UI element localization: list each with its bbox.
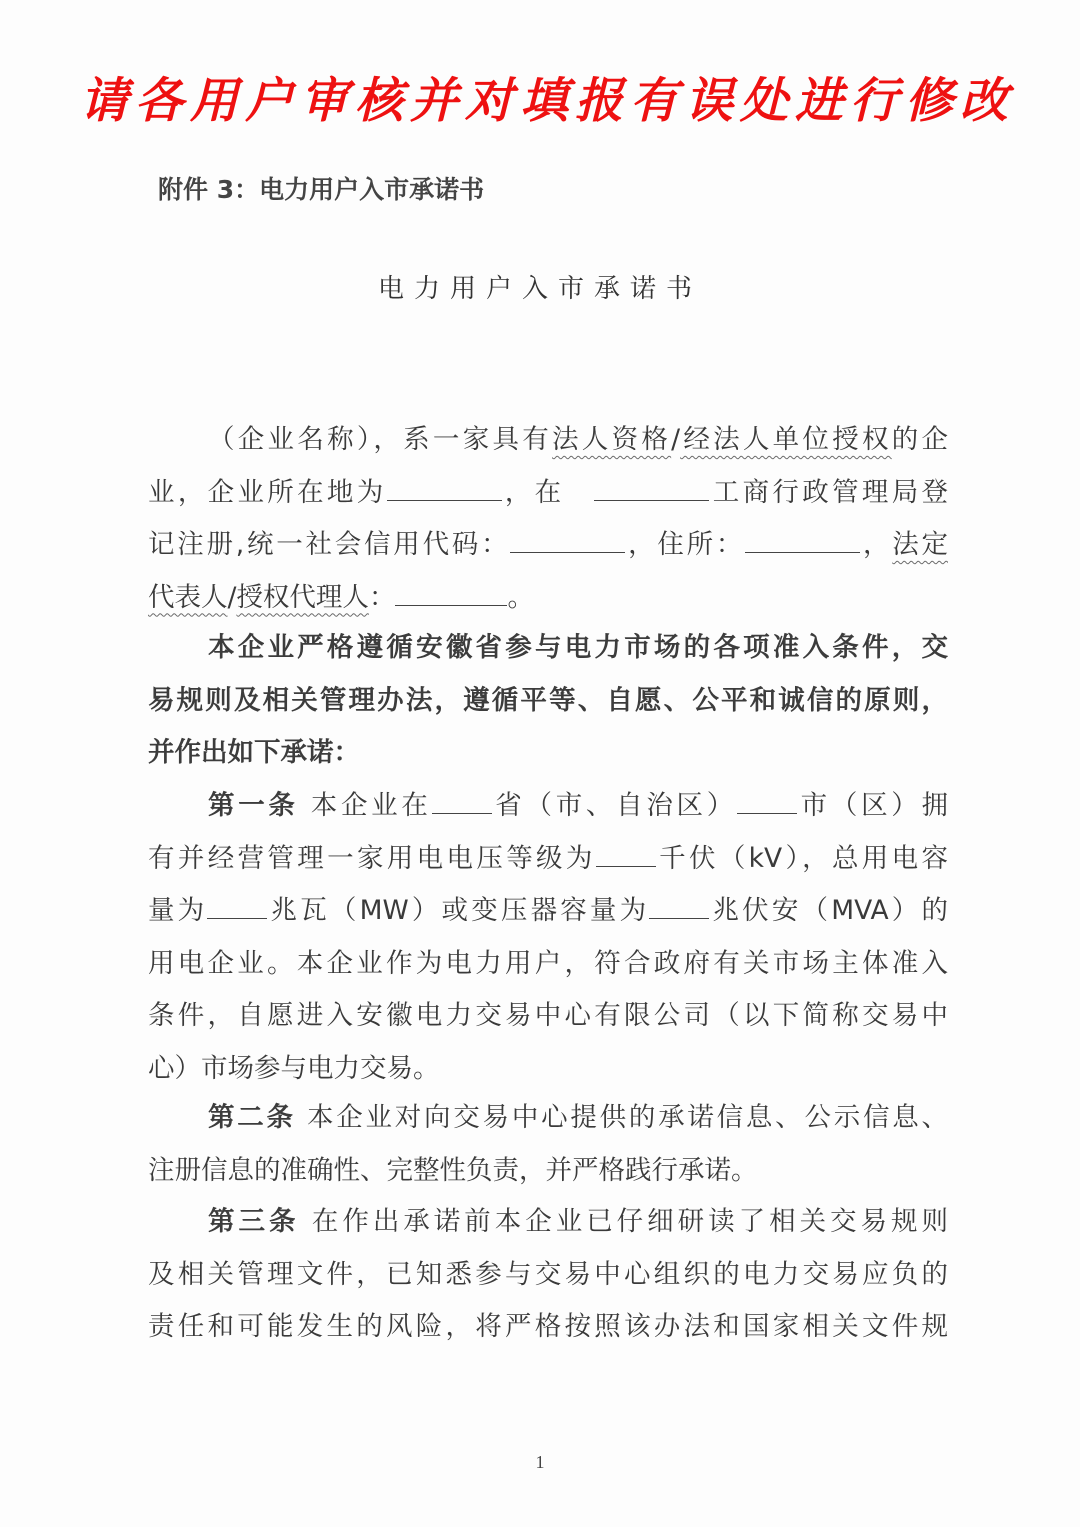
article-3-line-3: 责任和可能发生的风险，将严格按照该办法和国家相关文件规: [148, 1301, 948, 1354]
text: 业，企业所在地为: [148, 477, 387, 508]
article-2-line-2: 注册信息的准确性、完整性负责，并严格践行承诺。: [148, 1145, 948, 1198]
attachment-heading: 附件 3：电力用户入市承诺书: [158, 170, 484, 206]
preamble-line-2: 易规则及相关管理办法，遵循平等、自愿、公平和诚信的原则，: [148, 675, 948, 728]
underlined-term: 法定: [892, 529, 948, 560]
article-3-line-1: 第三条 在作出承诺前本企业已仔细研读了相关交易规则: [148, 1196, 948, 1249]
text: 有并经营管理一家用电电压等级为: [148, 843, 596, 874]
text: ，: [860, 529, 892, 560]
text: 。: [507, 582, 534, 613]
article-3: 第三条 在作出承诺前本企业已仔细研读了相关交易规则 及相关管理文件，已知悉参与交…: [148, 1196, 948, 1354]
article-3-line-2: 及相关管理文件，已知悉参与交易中心组织的电力交易应负的: [148, 1249, 948, 1302]
article-label: 第二条: [208, 1102, 296, 1133]
location-blank[interactable]: [387, 472, 502, 501]
article-1: 第一条 本企业在省（市、自治区）市（区）拥 有并经营管理一家用电电压等级为千伏（…: [148, 780, 948, 1095]
text: 工商行政管理局登: [709, 477, 948, 508]
intro-line-2: 业，企业所在地为，在工商行政管理局登: [148, 467, 948, 520]
representative-blank[interactable]: [395, 577, 507, 606]
underlined-term: 法人资格: [552, 424, 671, 455]
intro-paragraph: （企业名称），系一家具有法人资格/经法人单位授权的企 业，企业所在地为，在工商行…: [148, 414, 948, 624]
intro-line-4: 代表人/授权代理人：。: [148, 572, 948, 625]
preamble-line-1: 本企业严格遵循安徽省参与电力市场的各项准入条件，交: [148, 622, 948, 675]
preamble-paragraph: 本企业严格遵循安徽省参与电力市场的各项准入条件，交 易规则及相关管理办法，遵循平…: [148, 622, 948, 780]
preamble-line-3: 并作出如下承诺：: [148, 727, 948, 780]
capacity-mw-blank[interactable]: [207, 890, 267, 919]
underlined-term: 授权代理人: [236, 582, 369, 613]
voltage-blank[interactable]: [596, 838, 656, 867]
province-blank[interactable]: [432, 785, 492, 814]
text: ：: [369, 582, 396, 613]
underlined-term: 经法人单位授权: [680, 424, 892, 455]
intro-line-1: （企业名称），系一家具有法人资格/经法人单位授权的企: [148, 414, 948, 467]
document-title: 电力用户入市承诺书: [0, 268, 1080, 305]
intro-line-3: 记注册,统一社会信用代码：，住所：，法定: [148, 519, 948, 572]
article-1-line-3: 量为兆瓦（MW）或变压器容量为兆伏安（MVA）的: [148, 885, 948, 938]
text: （企业名称），系一家具有: [208, 424, 552, 455]
article-2-line-1: 第二条 本企业对向交易中心提供的承诺信息、公示信息、: [148, 1092, 948, 1145]
text: 市（区）拥: [797, 790, 948, 821]
text: 记注册,统一社会信用代码：: [148, 529, 510, 560]
article-2: 第二条 本企业对向交易中心提供的承诺信息、公示信息、 注册信息的准确性、完整性负…: [148, 1092, 948, 1197]
text: ，住所：: [625, 529, 745, 560]
article-1-line-2: 有并经营管理一家用电电压等级为千伏（kV），总用电容: [148, 833, 948, 886]
text: 量为: [148, 895, 207, 926]
article-label: 第三条: [208, 1206, 299, 1237]
article-1-line-6: 心）市场参与电力交易。: [148, 1043, 948, 1096]
text: /: [671, 424, 680, 455]
page-number: 1: [0, 1452, 1080, 1473]
text: 本企业在: [299, 790, 432, 821]
article-1-line-1: 第一条 本企业在省（市、自治区）市（区）拥: [148, 780, 948, 833]
text: ，在: [502, 477, 565, 508]
text: 本企业对向交易中心提供的承诺信息、公示信息、: [296, 1102, 948, 1133]
article-1-line-4: 用电企业。本企业作为电力用户，符合政府有关市场主体准入: [148, 938, 948, 991]
article-label: 第一条: [208, 790, 299, 821]
city-blank[interactable]: [737, 785, 797, 814]
text: 兆瓦（MW）或变压器容量为: [267, 895, 649, 926]
text: 在作出承诺前本企业已仔细研读了相关交易规则: [299, 1206, 948, 1237]
text: 兆伏安（MVA）的: [709, 895, 948, 926]
credit-code-blank[interactable]: [510, 524, 625, 553]
text: 省（市、自治区）: [492, 790, 737, 821]
capacity-mva-blank[interactable]: [649, 890, 709, 919]
article-1-line-5: 条件，自愿进入安徽电力交易中心有限公司（以下简称交易中: [148, 990, 948, 1043]
text: 千伏（kV），总用电容: [656, 843, 948, 874]
text: 的企: [892, 424, 948, 455]
address-blank[interactable]: [745, 524, 860, 553]
review-notice-banner: 请各用户审核并对填报有误处进行修改: [80, 66, 1010, 136]
underlined-term: 代表人: [148, 582, 228, 613]
registration-bureau-blank[interactable]: [594, 472, 709, 501]
